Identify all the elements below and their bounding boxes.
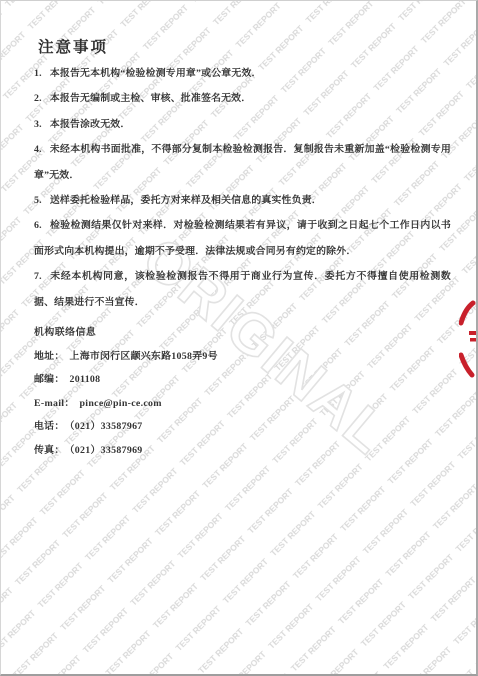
- notice-item: 5.送样委托检验样品，委托方对来样及相关信息的真实性负责．: [34, 188, 451, 213]
- notice-item: 1.本报告无本机构“检验检测专用章”或公章无效．: [34, 61, 451, 86]
- notice-text: 检验检测结果仅针对来样．对检验检测结果若有异议，请于收到之日起七个工作日内以书面…: [34, 220, 451, 256]
- contact-row-email: E-mail：pince@pin-ce.com: [34, 392, 454, 416]
- contact-label: E-mail：: [34, 398, 75, 409]
- contact-label: 地址：: [34, 351, 65, 362]
- seal-arc-bottom: [461, 355, 472, 375]
- report-notes-page: TEST REPORT ORIGINAL 注意事项 1.本报告无本机构“检验检测…: [0, 0, 478, 676]
- seal-arc-top: [461, 303, 473, 323]
- red-seal-fragment: [459, 299, 476, 379]
- seal-text-fragment: [470, 338, 476, 342]
- page-title: 注意事项: [38, 35, 108, 57]
- contact-label: 传真：: [34, 445, 65, 456]
- contact-row-address: 地址：上海市闵行区颛兴东路1058弄9号: [34, 345, 454, 369]
- seal-text-fragment: [469, 331, 476, 335]
- notice-number: 5.: [34, 195, 42, 206]
- contact-row-phone: 电话：（021）33587967: [34, 415, 454, 439]
- notice-text: 未经本机构书面批准，不得部分复制本检验检测报告．复制报告未重新加盖“检验检测专用…: [34, 144, 451, 180]
- notice-text: 送样委托检验样品，委托方对来样及相关信息的真实性负责．: [50, 195, 322, 206]
- contact-row-fax: 传真：（021）33587969: [34, 439, 454, 463]
- contact-label: 邮编：: [34, 374, 65, 385]
- notice-number: 2.: [34, 93, 42, 104]
- contact-label: 电话：: [34, 421, 65, 432]
- notice-text: 本报告无本机构“检验检测专用章”或公章无效．: [50, 68, 262, 79]
- contact-heading: 机构联络信息: [34, 321, 454, 345]
- notice-item: 2.本报告无编制或主检、审核、批准签名无效．: [34, 86, 451, 111]
- notice-item: 7.未经本机构同意，该检验检测报告不得用于商业行为宣传．委托方不得擅自使用检测数…: [34, 264, 451, 315]
- notice-text: 未经本机构同意，该检验检测报告不得用于商业行为宣传．委托方不得擅自使用检测数据、…: [34, 271, 451, 307]
- notice-item: 3.本报告涂改无效．: [34, 112, 451, 137]
- contact-value: pince@pin-ce.com: [80, 398, 162, 409]
- contact-row-zipcode: 邮编：201108: [34, 368, 454, 392]
- contact-value: 上海市闵行区颛兴东路1058弄9号: [70, 351, 218, 362]
- notice-number: 1.: [34, 68, 42, 79]
- notice-item: 4.未经本机构书面批准，不得部分复制本检验检测报告．复制报告未重新加盖“检验检测…: [34, 137, 451, 188]
- notice-text: 本报告涂改无效．: [50, 119, 131, 130]
- contact-value: （021）33587967: [70, 421, 143, 432]
- notice-number: 4.: [34, 144, 42, 155]
- contact-info-block: 机构联络信息 地址：上海市闵行区颛兴东路1058弄9号 邮编：201108 E-…: [34, 321, 454, 463]
- contact-value: （021）33587969: [70, 445, 143, 456]
- notice-text: 本报告无编制或主检、审核、批准签名无效．: [50, 93, 252, 104]
- notice-list: 1.本报告无本机构“检验检测专用章”或公章无效． 2.本报告无编制或主检、审核、…: [34, 61, 451, 315]
- notice-number: 3.: [34, 119, 42, 130]
- notice-number: 6.: [34, 220, 42, 231]
- notice-item: 6.检验检测结果仅针对来样．对检验检测结果若有异议，请于收到之日起七个工作日内以…: [34, 213, 451, 264]
- document-content: 注意事项 1.本报告无本机构“检验检测专用章”或公章无效． 2.本报告无编制或主…: [1, 1, 478, 676]
- contact-value: 201108: [70, 374, 101, 385]
- notice-number: 7.: [34, 271, 42, 282]
